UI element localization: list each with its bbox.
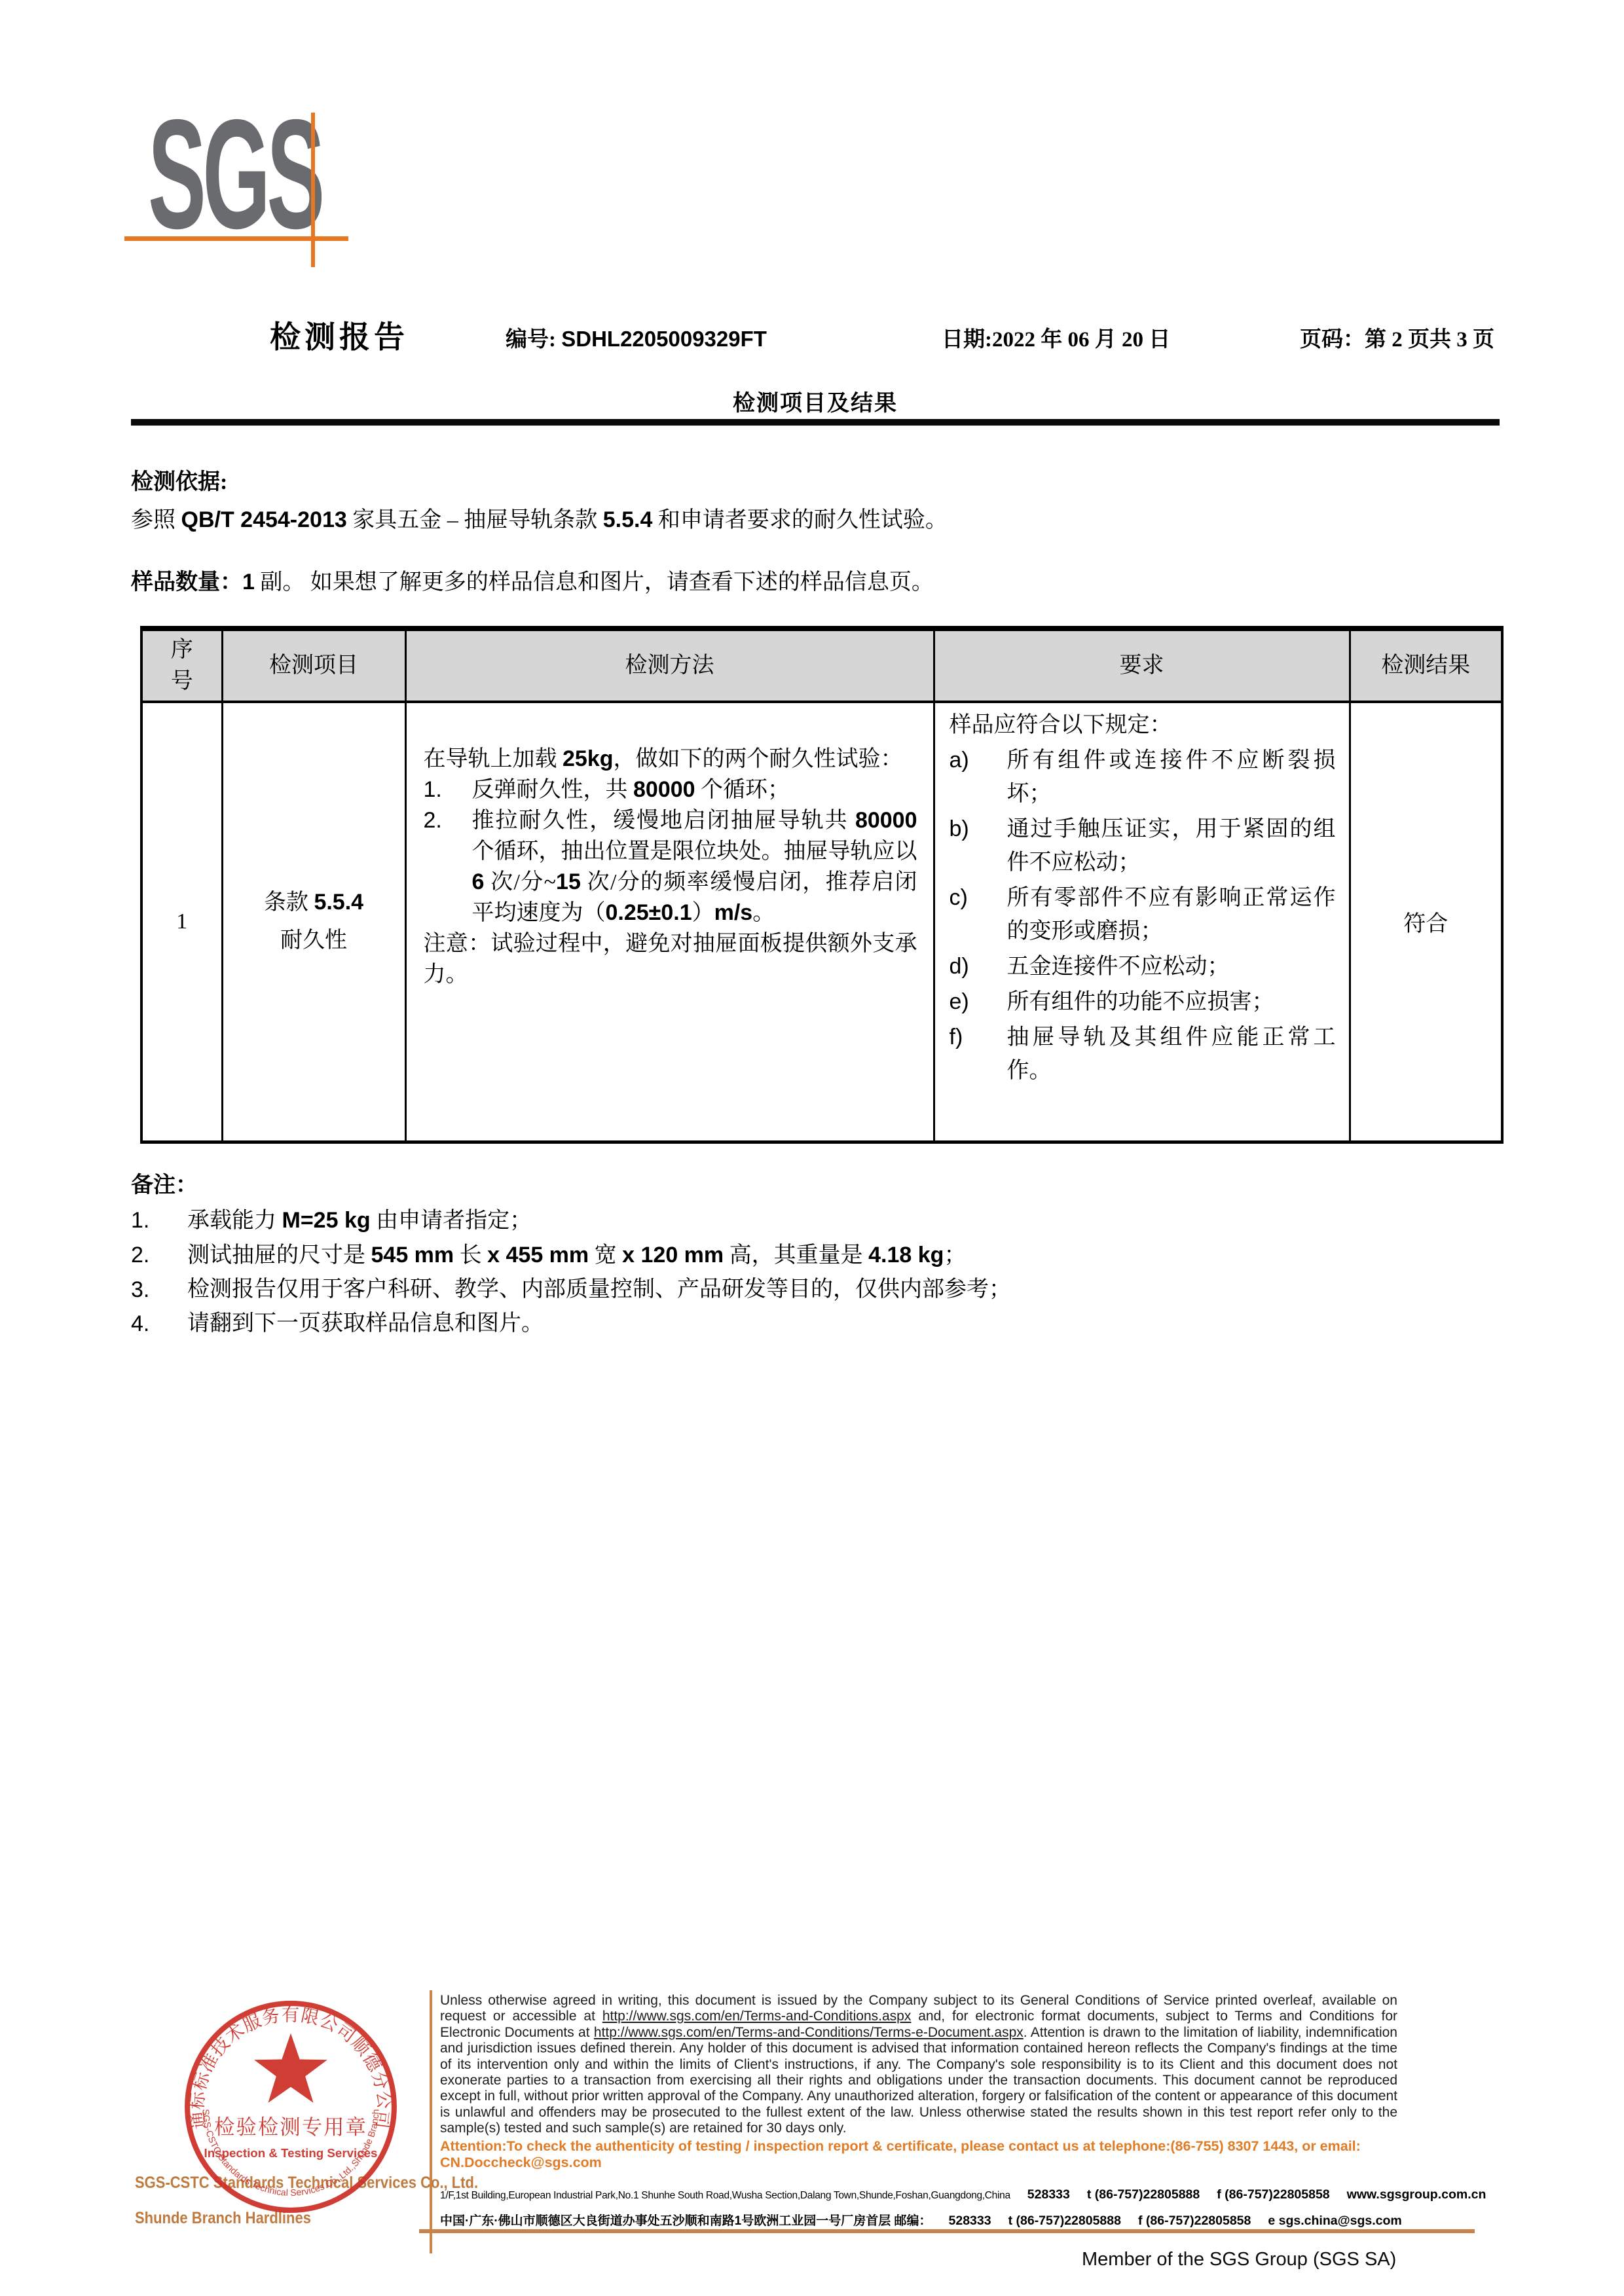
note-item: 1. 承载能力 M=25 kg 由申请者指定； xyxy=(131,1203,1500,1238)
text-segment: M=25 kg xyxy=(282,1208,371,1233)
sample-quantity-text: 1 副。 如果想了解更多的样品信息和图片，请查看下述的样品信息页。 xyxy=(242,570,934,594)
requirement-item: a) 所有组件或连接件不应断裂损坏； xyxy=(950,744,1336,811)
note-item: 3. 检测报告仅用于客户科研、教学、内部质量控制、产品研发等目的，仅供内部参考； xyxy=(131,1273,1500,1307)
text-segment: 推拉耐久性，缓慢地启闭抽屉导轨共 xyxy=(472,809,855,833)
report-number-field: 编号: SDHL2205009329FT xyxy=(506,322,767,353)
note-number: 1. xyxy=(131,1203,187,1238)
header-cell-no: 序 号 xyxy=(141,629,222,702)
text-segment: 25kg xyxy=(563,746,614,771)
section-divider xyxy=(131,419,1500,426)
text-segment: 和申请者要求的耐久性试验。 xyxy=(652,508,948,532)
sgs-logo: SGS xyxy=(148,97,322,253)
text-segment: 条款 xyxy=(264,890,314,915)
cell-requirement: 样品应符合以下规定： a) 所有组件或连接件不应断裂损坏； b) 通过手触压证实… xyxy=(934,702,1350,1142)
method-item-text: 反弹耐久性，共 80000 个循环； xyxy=(472,774,917,805)
note-text: 承载能力 M=25 kg 由申请者指定； xyxy=(187,1203,1500,1238)
cell-test-method: 在导轨上加载 25kg，做如下的两个耐久性试验： 1. 反弹耐久性，共 8000… xyxy=(405,702,934,1142)
text-segment: 在导轨上加载 xyxy=(424,747,563,771)
text-segment: 1 xyxy=(242,570,255,594)
report-number-label: 编号: xyxy=(506,328,556,352)
text-segment: ； xyxy=(944,1243,966,1267)
requirement-item-label: f) xyxy=(950,1021,1007,1087)
report-date-label: 日期: xyxy=(942,328,992,352)
text-segment: x 455 mm xyxy=(487,1243,589,1267)
cell-serial-number: 1 xyxy=(141,702,222,1142)
note-number: 2. xyxy=(131,1238,187,1273)
header-cell-requirement: 要求 xyxy=(934,629,1350,702)
text-segment: m/s xyxy=(714,900,753,925)
requirement-item-label: c) xyxy=(950,881,1007,948)
text-segment: 545 mm xyxy=(371,1243,454,1267)
stamp-star-icon xyxy=(254,2033,327,2103)
test-result: 符合 xyxy=(1403,912,1448,936)
text-segment: 4.18 kg xyxy=(868,1243,944,1267)
report-page: SGS 检测报告 编号: SDHL2205009329FT 日期:2022 年 … xyxy=(0,0,1624,2296)
sample-quantity-line: 样品数量：1 副。 如果想了解更多的样品信息和图片，请查看下述的样品信息页。 xyxy=(131,564,1500,596)
address-cn-text: 中国·广东·佛山市顺德区大良街道办事处五沙顺和南路1号欧洲工业园一号厂房首层 邮… xyxy=(440,2211,932,2229)
section-title: 检测项目及结果 xyxy=(131,385,1500,417)
text-segment: 次/分~ xyxy=(484,870,556,894)
text-segment: 。 xyxy=(752,901,775,925)
requirement-item-label: d) xyxy=(950,950,1007,983)
requirement-item-text: 五金连接件不应松动； xyxy=(1007,950,1336,983)
text-segment: 个循环； xyxy=(695,778,790,802)
test-basis-label: 检测依据: xyxy=(131,464,227,496)
report-number-value: SDHL2205009329FT xyxy=(561,327,767,351)
inspection-stamp: 通标标准技术服务有限公司顺德分公司 检验检测专用章 Inspection & T… xyxy=(181,1997,400,2216)
requirement-item: f) 抽屉导轨及其组件应能正常工作。 xyxy=(950,1021,1336,1087)
method-note: 注意：试验过程中，避免对抽屉面板提供额外支承力。 xyxy=(424,928,917,990)
text-segment: http://www.sgs.com/en/Terms-and-Conditio… xyxy=(602,2009,912,2024)
requirement-item-text: 所有组件或连接件不应断裂损坏； xyxy=(1007,744,1336,811)
table-row: 1 条款 5.5.4 耐久性 在导轨上加载 25kg，做如下的两个耐久性试验： … xyxy=(141,702,1502,1142)
note-number: 4. xyxy=(131,1307,187,1341)
serial-number: 1 xyxy=(176,909,187,934)
address-cn-fax: f (86-757)22805858 xyxy=(1138,2214,1251,2229)
note-number: 3. xyxy=(131,1273,187,1307)
logo-vertical-line xyxy=(311,113,315,267)
text-segment: 15 xyxy=(556,869,581,894)
report-date-field: 日期:2022 年 06 月 20 日 xyxy=(942,322,1170,353)
text-segment: 0.25±0.1 xyxy=(606,900,692,925)
requirement-item: e) 所有组件的功能不应损害； xyxy=(950,985,1336,1019)
address-en-fax: f (86-757)22805858 xyxy=(1217,2187,1329,2202)
method-item-text: 推拉耐久性，缓慢地启闭抽屉导轨共 80000 个循环，抽出位置是限位块处。抽屉导… xyxy=(472,805,917,928)
text-segment: 反弹耐久性，共 xyxy=(472,778,634,802)
requirement-item-text: 所有组件的功能不应损害； xyxy=(1007,985,1336,1019)
attention-notice: Attention:To check the authenticity of t… xyxy=(440,2138,1397,2171)
address-line-en: 1/F,1st Building,European Industrial Par… xyxy=(440,2187,1475,2202)
text-segment: 参照 xyxy=(131,508,181,532)
text-segment: QB/T 2454-2013 xyxy=(181,507,347,532)
text-segment: http://www.sgs.com/en/Terms-and-Conditio… xyxy=(594,2025,1024,2040)
text-segment: 由申请者指定； xyxy=(371,1209,532,1233)
text-segment: 测试抽屉的尺寸是 xyxy=(187,1243,371,1267)
text-segment: ） xyxy=(692,901,714,925)
requirement-item: b) 通过手触压证实，用于紧固的组件不应松动； xyxy=(950,812,1336,879)
footer-vertical-line xyxy=(430,1990,432,2253)
address-en-text: 1/F,1st Building,European Industrial Par… xyxy=(440,2190,1010,2202)
legal-disclaimer-text: Unless otherwise agreed in writing, this… xyxy=(440,1993,1397,2137)
cell-test-item: 条款 5.5.4 耐久性 xyxy=(222,702,405,1142)
text-segment: 5.5.4 xyxy=(603,507,653,532)
method-item-number: 2. xyxy=(424,805,472,928)
address-en-postal: 528333 xyxy=(1027,2187,1070,2202)
company-website: www.sgsgroup.com.cn xyxy=(1347,2187,1486,2202)
text-segment: 高，其重量是 xyxy=(724,1243,868,1267)
requirement-intro: 样品应符合以下规定： xyxy=(950,708,1336,742)
note-text: 请翻到下一页获取样品信息和图片。 xyxy=(187,1307,1500,1341)
address-line-cn: 中国·广东·佛山市顺德区大良街道办事处五沙顺和南路1号欧洲工业园一号厂房首层 邮… xyxy=(440,2211,1475,2229)
page-number-label: 页码： xyxy=(1300,328,1365,352)
requirement-item-label: b) xyxy=(950,812,1007,879)
text-segment: 副。 如果想了解更多的样品信息和图片，请查看下述的样品信息页。 xyxy=(255,570,934,594)
stamp-center-cn: 检验检测专用章 xyxy=(214,2115,367,2138)
report-date-value: 2022 年 06 月 20 日 xyxy=(992,328,1170,352)
legal-text-block: Unless otherwise agreed in writing, this… xyxy=(440,1993,1397,2171)
test-item-name: 耐久性 xyxy=(223,922,405,960)
address-cn-telephone: t (86-757)22805888 xyxy=(1008,2214,1121,2229)
sample-quantity-label: 样品数量： xyxy=(131,570,242,594)
stamp-center-en: Inspection & Testing Services xyxy=(204,2146,378,2160)
header-cell-method: 检测方法 xyxy=(405,629,934,702)
text-segment: 家具五金 – 抽屉导轨条款 xyxy=(347,508,603,532)
test-item-clause: 条款 5.5.4 xyxy=(223,883,405,922)
results-table: 序 号 检测项目 检测方法 要求 检测结果 1 条款 5.5.4 耐久性 在导轨… xyxy=(140,626,1504,1144)
text-segment: 6 xyxy=(472,869,485,894)
table-header-row: 序 号 检测项目 检测方法 要求 检测结果 xyxy=(141,629,1502,702)
text-segment: 5.5.4 xyxy=(314,890,363,915)
note-item: 2. 测试抽屉的尺寸是 545 mm 长 x 455 mm 宽 x 120 mm… xyxy=(131,1238,1500,1273)
footer-horizontal-line xyxy=(419,2229,1475,2233)
method-item: 2. 推拉耐久性，缓慢地启闭抽屉导轨共 80000 个循环，抽出位置是限位块处。… xyxy=(424,805,917,928)
header-cell-result: 检测结果 xyxy=(1350,629,1502,702)
address-cn-postal: 528333 xyxy=(949,2214,991,2229)
requirement-item-label: e) xyxy=(950,985,1007,1019)
page-number-value: 第 2 页共 3 页 xyxy=(1365,328,1494,352)
text-segment: 承载能力 xyxy=(187,1209,282,1233)
text-segment: . Attention is drawn to the limitation o… xyxy=(440,2025,1397,2136)
text-segment: 80000 xyxy=(855,808,917,833)
text-segment: x 120 mm xyxy=(622,1243,724,1267)
company-email: e sgs.china@sgs.com xyxy=(1268,2214,1401,2229)
sgs-group-member-line: Member of the SGS Group (SGS SA) xyxy=(1082,2249,1396,2270)
document-title: 检测报告 xyxy=(270,313,409,357)
requirement-item-text: 通过手触压证实，用于紧固的组件不应松动； xyxy=(1007,812,1336,879)
text-segment: ，做如下的两个耐久性试验： xyxy=(614,747,903,771)
method-intro: 在导轨上加载 25kg，做如下的两个耐久性试验： xyxy=(424,744,917,774)
text-segment: 请翻到下一页获取样品信息和图片。 xyxy=(187,1311,544,1336)
text-segment: 个循环，抽出位置是限位块处。抽屉导轨应以 xyxy=(472,839,917,864)
requirement-item-text: 抽屉导轨及其组件应能正常工作。 xyxy=(1007,1021,1336,1087)
text-segment: 检测报告仅用于客户科研、教学、内部质量控制、产品研发等目的，仅供内部参考； xyxy=(187,1277,1011,1302)
requirement-item: d) 五金连接件不应松动； xyxy=(950,950,1336,983)
text-segment: 长 xyxy=(454,1243,487,1267)
text-segment: 宽 xyxy=(589,1243,622,1267)
page-number-field: 页码：第 2 页共 3 页 xyxy=(1300,322,1494,353)
method-item-number: 1. xyxy=(424,774,472,805)
note-text: 测试抽屉的尺寸是 545 mm 长 x 455 mm 宽 x 120 mm 高，… xyxy=(187,1238,1500,1273)
text-segment: 80000 xyxy=(633,777,695,802)
address-en-telephone: t (86-757)22805888 xyxy=(1087,2187,1200,2202)
cell-test-result: 符合 xyxy=(1350,702,1502,1142)
note-item: 4. 请翻到下一页获取样品信息和图片。 xyxy=(131,1307,1500,1341)
notes-list: 1. 承载能力 M=25 kg 由申请者指定； 2. 测试抽屉的尺寸是 545 … xyxy=(131,1203,1500,1341)
requirement-item-label: a) xyxy=(950,744,1007,811)
notes-label: 备注： xyxy=(131,1167,198,1199)
test-basis-text: 参照 QB/T 2454-2013 家具五金 – 抽屉导轨条款 5.5.4 和申… xyxy=(131,501,1500,534)
note-text: 检测报告仅用于客户科研、教学、内部质量控制、产品研发等目的，仅供内部参考； xyxy=(187,1273,1500,1307)
method-item: 1. 反弹耐久性，共 80000 个循环； xyxy=(424,774,917,805)
header-cell-item: 检测项目 xyxy=(222,629,405,702)
requirement-item-text: 所有零部件不应有影响正常运作的变形或磨损； xyxy=(1007,881,1336,948)
requirement-item: c) 所有零部件不应有影响正常运作的变形或磨损； xyxy=(950,881,1336,948)
